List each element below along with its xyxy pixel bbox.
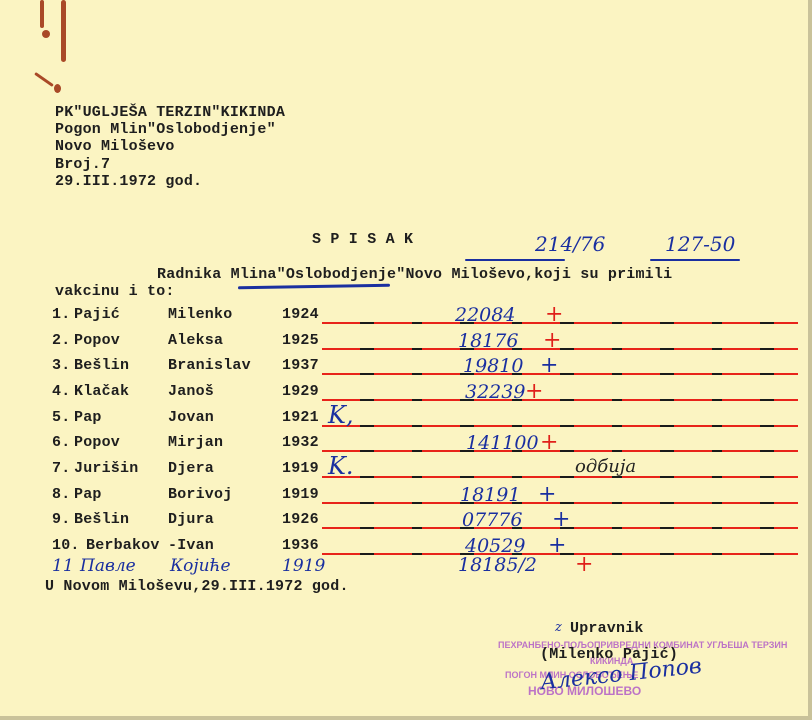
row-surname: Bešlin [74, 511, 129, 528]
row-birth-year: 1924 [282, 306, 319, 323]
row-birth-year: 1919 [282, 556, 325, 576]
row-number: 1. [52, 306, 70, 323]
row-number: 3. [52, 357, 70, 374]
ink-stain [54, 84, 61, 93]
row-birth-year: 1919 [282, 460, 319, 477]
row-birth-year: 1929 [282, 383, 319, 400]
intro-line-1: Radnika Mlina"Oslobodjenje"Novo Miloševo… [157, 266, 672, 283]
row-first-name: -Ivan [168, 537, 214, 554]
row-birth-year: 1932 [282, 434, 319, 451]
row-birth-year: 1921 [282, 409, 319, 426]
row-surname: Berbakov [86, 537, 160, 554]
ref-underline [650, 259, 740, 261]
footer-place-date: U Novom Miloševu,29.III.1972 god. [45, 578, 349, 595]
header-line-company: PK"UGLJEŠA TERZIN"KIKINDA [55, 104, 285, 121]
row-line [322, 476, 798, 478]
row-vaccine-number: K. [328, 452, 354, 480]
row-birth-year: 1937 [282, 357, 319, 374]
signature-prefix: z [555, 620, 562, 635]
row-line [322, 373, 798, 375]
header-line-unit: Pogon Mlin"Oslobodjenje" [55, 121, 276, 138]
row-line [322, 450, 798, 452]
row-surname: Popov [74, 434, 120, 451]
row-number: 6. [52, 434, 70, 451]
row-vaccine-number: 32239 [465, 381, 525, 403]
signature-title: Upravnik [570, 620, 644, 637]
row-birth-year: 1919 [282, 486, 319, 503]
header-line-date: 29.III.1972 god. [55, 173, 202, 190]
row-first-name: Којиће [170, 556, 231, 576]
row-number: 2. [52, 332, 70, 349]
row-number: 4. [52, 383, 70, 400]
row-birth-year: 1926 [282, 511, 319, 528]
row-number: 10. [52, 537, 80, 554]
row-first-name: Branislav [168, 357, 251, 374]
row-check-mark: + [575, 552, 593, 577]
row-vaccine-number: K, [328, 401, 354, 429]
row-first-name: Borivoj [168, 486, 232, 503]
row-first-name: Djura [168, 511, 214, 528]
row-first-name: Milenko [168, 306, 232, 323]
row-number: 7. [52, 460, 70, 477]
header-line-place: Novo Miloševo [55, 138, 175, 155]
row-birth-year: 1936 [282, 537, 319, 554]
intro-line-2: vakcinu i to: [55, 283, 175, 300]
row-note: одбија [575, 456, 636, 477]
document-title: S P I S A K [312, 231, 413, 248]
row-number: 11 [52, 556, 74, 576]
row-check-mark: + [545, 302, 563, 327]
row-check-mark: + [552, 507, 570, 532]
row-line [322, 425, 798, 427]
ref-underline [465, 259, 565, 261]
row-vaccine-number: 18176 [458, 330, 518, 352]
ink-stain [40, 0, 44, 28]
row-surname: Jurišin [74, 460, 138, 477]
row-first-name: Aleksa [168, 332, 223, 349]
row-line [322, 502, 798, 504]
row-vaccine-number: 22084 [455, 304, 515, 326]
header-line-number: Broj.7 [55, 156, 110, 173]
row-vaccine-number: 141100 [466, 432, 539, 454]
handwritten-ref-right: 127-50 [665, 232, 735, 256]
document-page: PK"UGLJEŠA TERZIN"KIKINDA Pogon Mlin"Osl… [0, 0, 812, 720]
row-surname: Bešlin [74, 357, 129, 374]
row-surname: Pajić [74, 306, 120, 323]
row-first-name: Janoš [168, 383, 214, 400]
ink-stain [61, 0, 66, 62]
row-surname: Pap [74, 486, 102, 503]
row-check-mark: + [548, 533, 566, 558]
row-number: 9. [52, 511, 70, 528]
row-check-mark: + [525, 379, 543, 404]
row-number: 8. [52, 486, 70, 503]
row-line [322, 399, 798, 401]
row-vaccine-number: 18185/2 [458, 554, 537, 576]
row-check-mark: + [540, 353, 558, 378]
row-check-mark: + [540, 430, 558, 455]
row-vaccine-number: 19810 [463, 355, 523, 377]
handwritten-ref-left: 214/76 [535, 232, 605, 256]
row-birth-year: 1925 [282, 332, 319, 349]
row-first-name: Mirjan [168, 434, 223, 451]
row-surname: Pap [74, 409, 102, 426]
row-number: 5. [52, 409, 70, 426]
row-first-name: Jovan [168, 409, 214, 426]
ink-stain [42, 30, 50, 38]
row-vaccine-number: 18191 [460, 484, 520, 506]
ink-stain [34, 72, 54, 87]
row-surname: Klačak [74, 383, 129, 400]
row-surname: Павле [80, 556, 136, 576]
intro-ink-underline [238, 284, 390, 290]
row-first-name: Djera [168, 460, 214, 477]
row-check-mark: + [538, 482, 556, 507]
row-vaccine-number: 07776 [462, 509, 522, 531]
row-surname: Popov [74, 332, 120, 349]
row-check-mark: + [543, 328, 561, 353]
